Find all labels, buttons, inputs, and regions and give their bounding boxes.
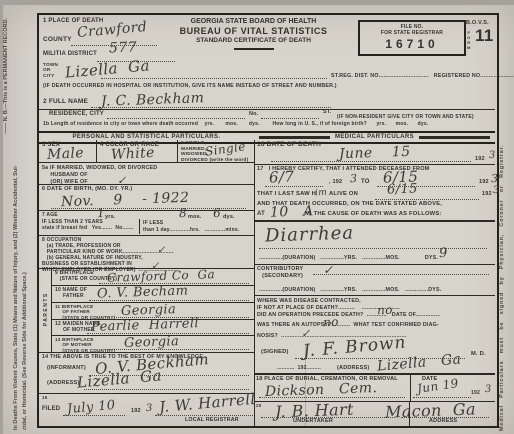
title-block: GEORGIA STATE BOARD OF HEALTH BUREAU OF … bbox=[151, 18, 356, 50]
mother-birthplace-value: Georgia bbox=[124, 335, 180, 350]
divider bbox=[254, 164, 495, 165]
cell-divider bbox=[410, 373, 411, 401]
line bbox=[265, 186, 323, 187]
cause-of-death-statement: M. THE CAUSE OF DEATH WAS AS FOLLOWS: bbox=[305, 211, 442, 219]
from-year-value: 3 bbox=[350, 173, 358, 184]
signed-label: (SIGNED) bbox=[261, 349, 289, 357]
divider bbox=[254, 264, 495, 265]
column-divider bbox=[254, 140, 255, 426]
diagnosis-test-answer: ✓ bbox=[301, 328, 311, 339]
divider bbox=[254, 220, 495, 222]
dod-year-prefix: 192 bbox=[475, 156, 485, 163]
local-registrar-label: LOCAL REGISTRAR bbox=[185, 417, 239, 424]
line bbox=[89, 300, 249, 301]
line bbox=[109, 349, 249, 350]
mother-birthplace-label: 13 BIRTHPLACE OF MOTHER (STATE OR COUNTR… bbox=[55, 337, 115, 353]
age-years-unit: yrs. bbox=[105, 214, 116, 221]
md-label: M. D. bbox=[471, 351, 486, 359]
date-of-death-value: June 15 bbox=[339, 145, 411, 161]
scan-crease bbox=[305, 345, 306, 426]
divider bbox=[39, 162, 254, 163]
alive-on-label: ALIVE ON bbox=[329, 191, 358, 199]
right-margin-note: Medical Particulars must be signed by Ph… bbox=[499, 31, 505, 431]
father-birthplace-label: 11 BIRTHPLACE OF FATHER (STATE OR COUNTR… bbox=[55, 304, 115, 320]
color-race-value: White bbox=[111, 146, 155, 162]
town-or-city-label: TOWN OR CITY bbox=[43, 62, 58, 78]
physician-address-label: (ADDRESS) bbox=[337, 365, 369, 372]
file-number: 16710 bbox=[385, 37, 438, 53]
burial-year-value: 3 bbox=[485, 385, 492, 395]
divider bbox=[39, 235, 254, 236]
date-of-birth-value: Nov. 9 - 1922 bbox=[61, 191, 190, 209]
divider bbox=[39, 352, 254, 353]
field-20-number: 20 bbox=[256, 403, 261, 409]
residence-line bbox=[107, 118, 245, 119]
physician-address-value: Lizella Ga bbox=[377, 352, 462, 373]
divider bbox=[254, 295, 495, 296]
line bbox=[375, 199, 479, 200]
father-birthplace-value: Georgia bbox=[121, 303, 177, 318]
mother-maiden-name-value: Pearlie Harrell bbox=[91, 317, 199, 334]
at-label: AT bbox=[257, 211, 265, 219]
married-to-label: 5a IF MARRIED, WIDOWED, OR DIVORCED HUSB… bbox=[42, 165, 157, 186]
occupation-trade-value: ✓ bbox=[157, 246, 166, 256]
attended-from-value: 6/7 bbox=[269, 170, 295, 186]
hospital-note: (IF DEATH OCCURRED IN HOSPITAL OR INSTIT… bbox=[43, 83, 337, 90]
cell-divider bbox=[139, 219, 140, 234]
father-name-value: O. V. Becham bbox=[97, 284, 189, 300]
full-name-label: 2 FULL NAME bbox=[43, 98, 88, 106]
signature-date-prefix: ........... 192......... bbox=[277, 365, 321, 372]
residence-label: RESIDENCE, CITY bbox=[49, 111, 104, 119]
filed-date-value: July 10 bbox=[67, 399, 117, 416]
title-rule bbox=[234, 48, 274, 50]
contributory-duration-row: ..............(DURATION) ..............Y… bbox=[259, 287, 441, 294]
informant-address-label: (ADDRESS) bbox=[47, 380, 79, 387]
cell-divider bbox=[96, 140, 97, 162]
father-name-label: 10 NAME OF FATHER bbox=[55, 287, 87, 299]
informant-label: (INFORMANT) bbox=[47, 365, 86, 372]
age-months-value: 8 bbox=[179, 207, 188, 219]
militia-district-value: 577 bbox=[109, 41, 137, 56]
dod-year-value: 3 bbox=[489, 151, 496, 161]
duration-days-value: 9 bbox=[439, 247, 448, 260]
residence-no-line bbox=[261, 118, 319, 119]
medical-section-title: MEDICAL PARTICULARS bbox=[335, 134, 414, 142]
last-saw-pronoun-fill: im bbox=[315, 189, 328, 199]
undertaker-address-label: ADDRESS bbox=[429, 418, 457, 425]
town-line bbox=[101, 78, 327, 79]
to-year-value: 3 bbox=[491, 173, 499, 184]
birthplace-value: Crawford Co Ga bbox=[107, 268, 215, 284]
cell-divider bbox=[177, 140, 178, 162]
line bbox=[63, 415, 125, 416]
filed-year-prefix: 192 bbox=[131, 408, 141, 415]
parents-divider bbox=[51, 268, 52, 352]
last-saw-date-value: 6/15 bbox=[387, 182, 418, 196]
field-15-number: 15 bbox=[42, 395, 47, 401]
filed-year-value: 3 bbox=[146, 404, 153, 414]
divider bbox=[39, 109, 495, 110]
line bbox=[259, 248, 487, 249]
age-label: 7 AGE IF LESS THAN 2 YEARS state if brea… bbox=[42, 212, 134, 232]
last-saw-statement: THAT I LAST SAW H bbox=[257, 191, 316, 199]
board-title: GEORGIA STATE BOARD OF HEALTH bbox=[151, 18, 356, 25]
local-registrar-signature: J. W. Harrell bbox=[159, 392, 257, 415]
full-name-value: J. C. Beckham bbox=[101, 91, 205, 109]
autopsy-answer: no bbox=[323, 316, 339, 329]
divider bbox=[39, 210, 254, 211]
militia-district-label: MILITIA DISTRICT bbox=[43, 51, 97, 59]
length-of-residence-row: 1b Length of residence in city or town w… bbox=[43, 121, 428, 128]
cause-of-death-value: Diarrhea bbox=[265, 224, 355, 245]
if-less-than-one-day-label: IF LESS than 1 day.............hrs. ....… bbox=[143, 220, 239, 233]
operation-question: DID AN OPERATION PRECEDE DEATH? ........… bbox=[257, 312, 441, 319]
rule bbox=[419, 136, 490, 139]
divider bbox=[39, 184, 254, 185]
line bbox=[259, 397, 405, 398]
file-number-box: FILE NO. FOR STATE REGISTRAR 16710 bbox=[358, 20, 466, 56]
form-number: 11 bbox=[475, 25, 493, 47]
autopsy-question: WAS THERE AN AUTOPSY?........... WHAT TE… bbox=[257, 322, 439, 329]
rule bbox=[259, 136, 330, 139]
undertaker-label: UNDERTAKER bbox=[293, 418, 333, 425]
last-saw-year-prefix: 192 bbox=[482, 191, 492, 198]
to-year-prefix: 192 bbox=[479, 179, 489, 186]
form-label: FORM bbox=[466, 30, 471, 50]
certificate-border: 1 PLACE OF DEATH COUNTY Crawford GEORGIA… bbox=[37, 13, 499, 428]
informant-address-value: Lizella Ga bbox=[77, 368, 163, 390]
certificate-title: STANDARD CERTIFICATE OF DEATH bbox=[151, 37, 356, 44]
county-label: COUNTY bbox=[43, 36, 72, 44]
last-saw-year-value: 3 bbox=[493, 186, 500, 196]
filed-label: FILED bbox=[42, 406, 60, 414]
to-label: TO bbox=[361, 179, 370, 187]
line bbox=[84, 389, 249, 390]
margin-note-line: In Deaths From Violent Causes, State (1)… bbox=[12, 18, 22, 430]
sex-value: Male bbox=[47, 146, 85, 162]
line bbox=[313, 274, 489, 275]
burial-year-prefix: 192 bbox=[471, 390, 480, 397]
contributory-label: CONTRIBUTORY (SECONDARY) bbox=[257, 266, 303, 279]
parents-group-label: PARENTS bbox=[43, 288, 50, 330]
left-margin-note: —— N. B.—This is a PERMANENT RECORD. In … bbox=[2, 18, 31, 430]
from-year-prefix: , 192 bbox=[329, 179, 342, 186]
line bbox=[271, 161, 471, 162]
margin-note-line: cidal, or Homicidal. (See Reverse Side f… bbox=[21, 18, 31, 430]
death-certificate-scan: —— N. B.—This is a PERMANENT RECORD. In … bbox=[0, 0, 514, 434]
margin-note-line: —— N. B.—This is a PERMANENT RECORD. bbox=[2, 18, 12, 430]
operation-answer: no bbox=[377, 304, 393, 317]
date-of-death-label: 16 DATE OF DEATH bbox=[257, 141, 321, 149]
duration-row: ..............(DURATION) ..............Y… bbox=[259, 255, 438, 262]
line bbox=[155, 415, 253, 416]
age-days-value: 6 bbox=[213, 207, 222, 219]
residence-st-label: ST. bbox=[323, 109, 332, 116]
divider bbox=[254, 373, 495, 375]
line bbox=[413, 397, 471, 398]
state-registration-labels: ST.REG. DIST. NO........................… bbox=[331, 73, 514, 80]
bureau-title: BUREAU OF VITAL STATISTICS bbox=[151, 26, 356, 36]
nonresident-note: (IF NON-RESIDENT GIVE CITY OR TOWN AND S… bbox=[337, 114, 474, 121]
residence-no-label: No. bbox=[249, 111, 258, 118]
